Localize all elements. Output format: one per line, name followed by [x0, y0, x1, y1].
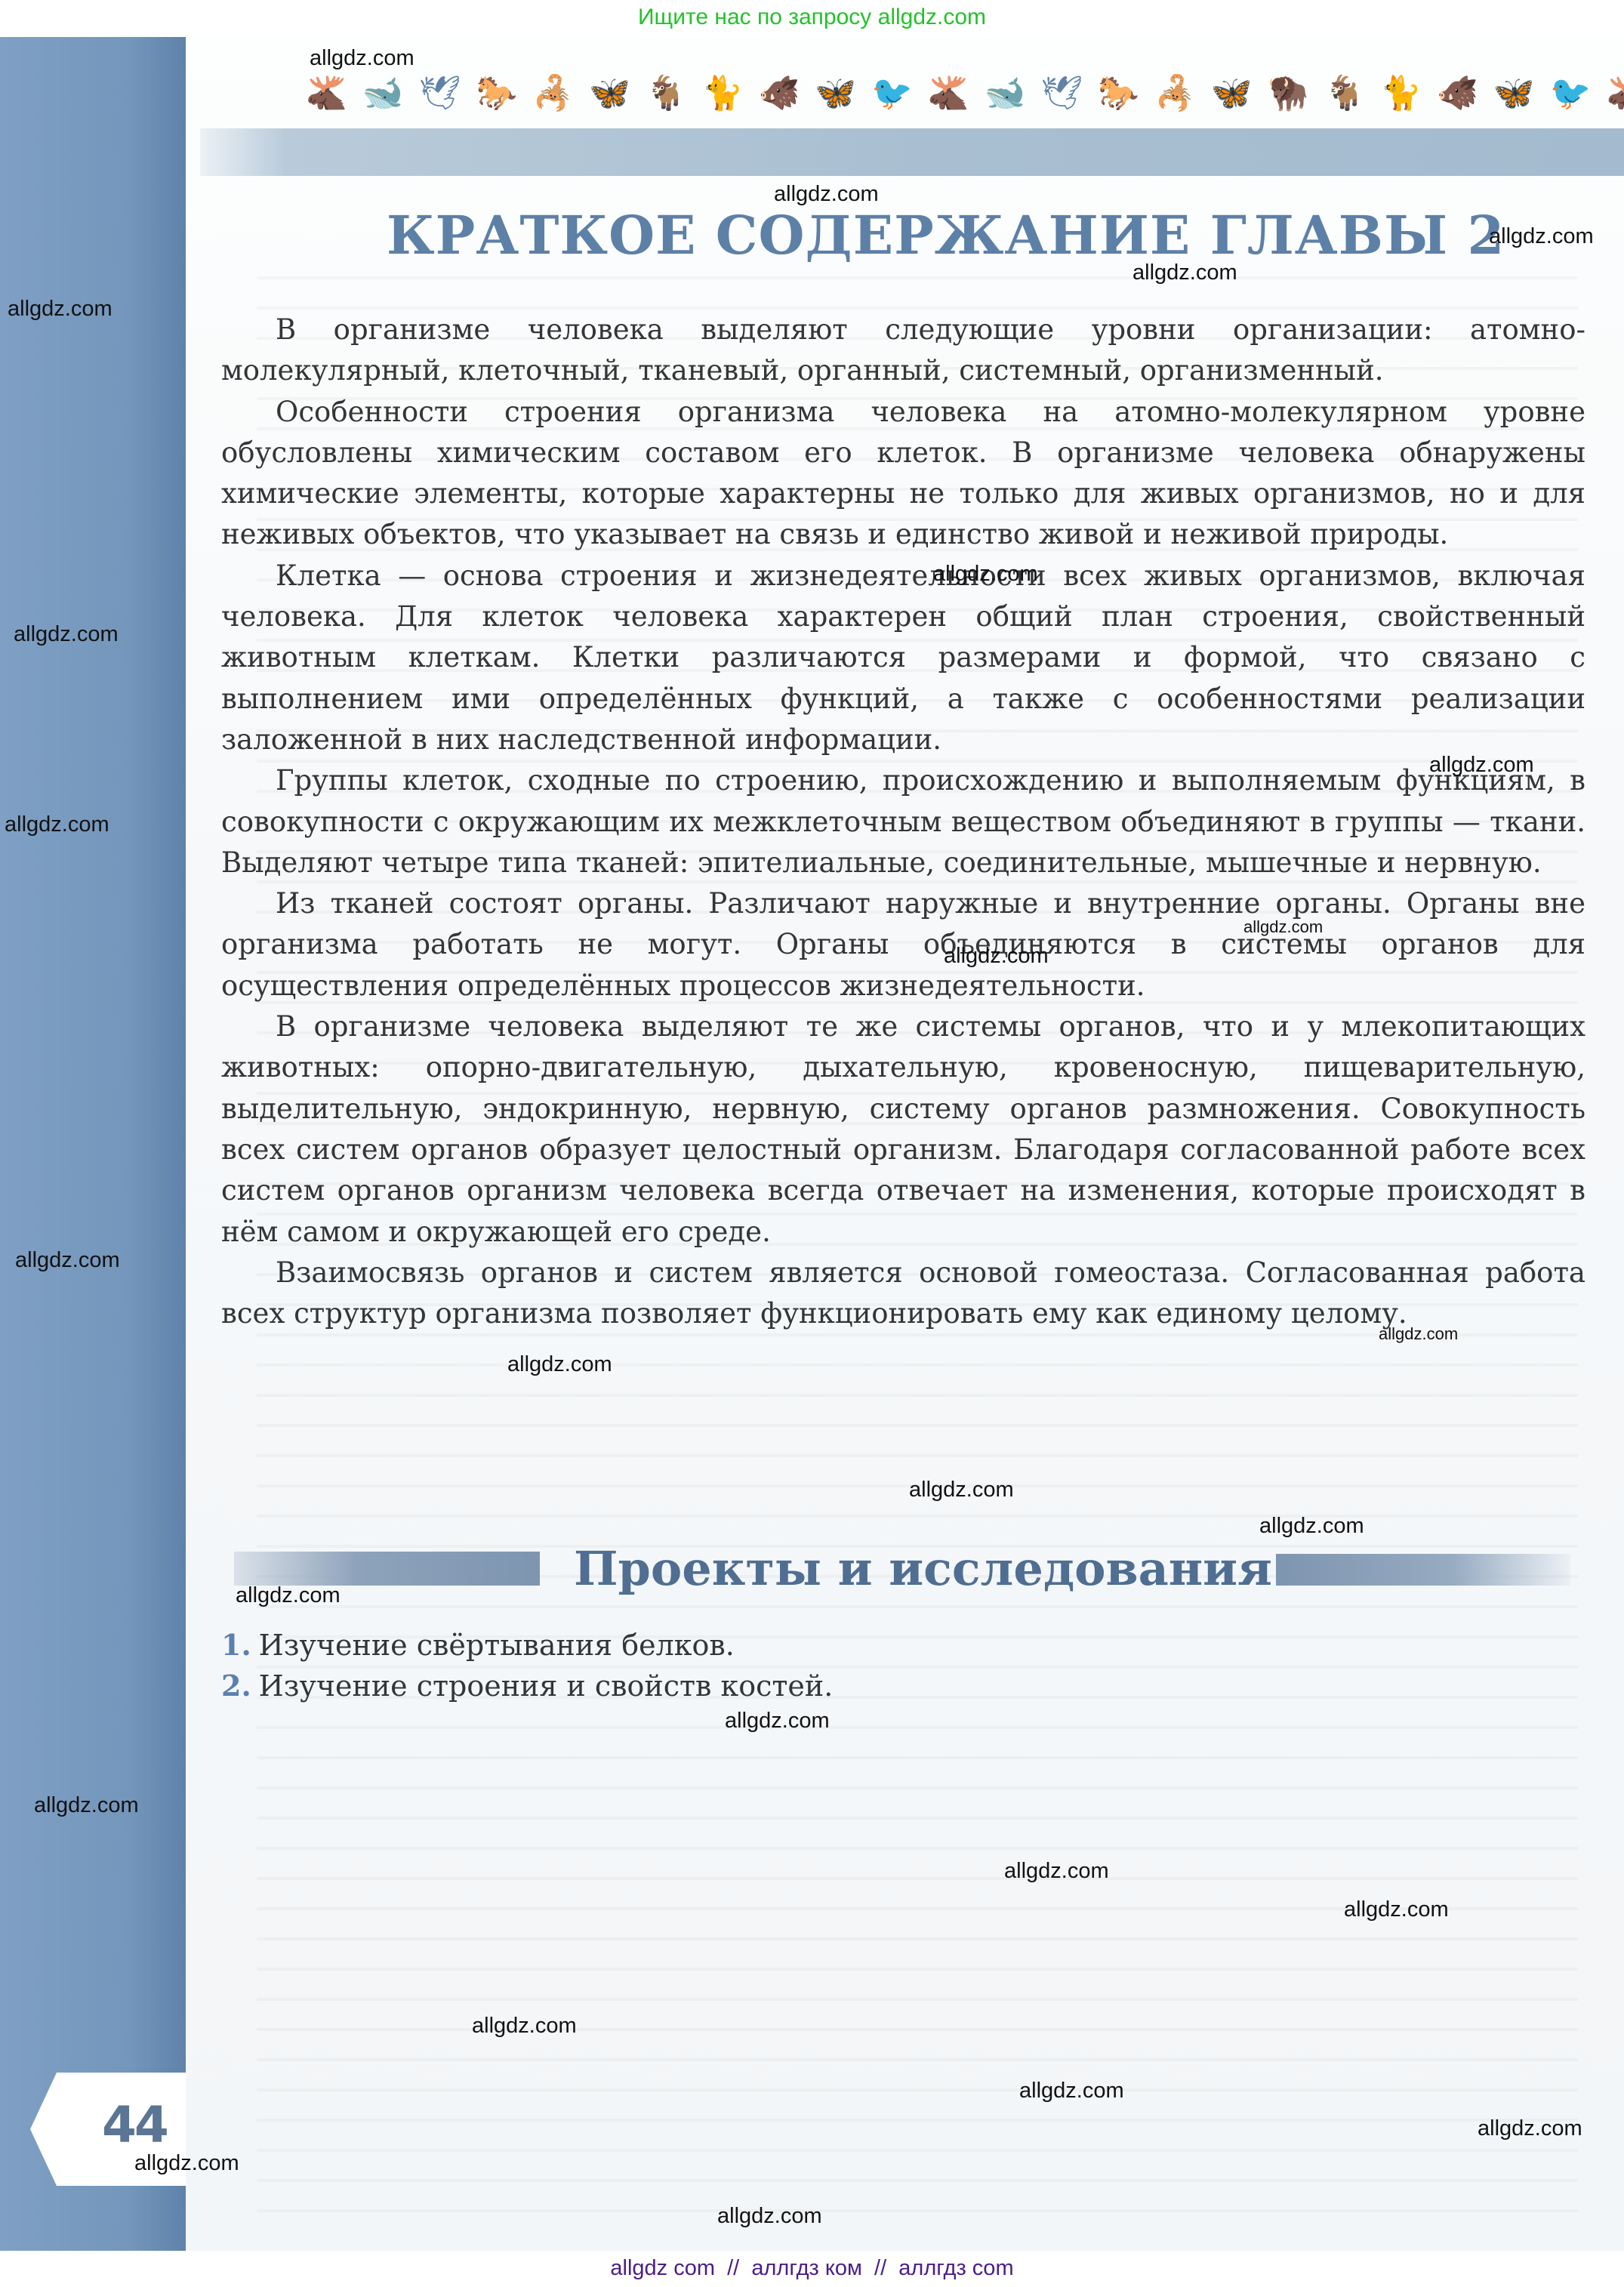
- watermark: allgdz.com: [909, 1477, 1014, 1503]
- item-text: Изучение строения и свойств костей.: [259, 1669, 834, 1703]
- scorpion-icon: 🦂: [1154, 74, 1196, 113]
- watermark: allgdz.com: [5, 812, 109, 837]
- page-number: 44: [102, 2095, 167, 2156]
- whale-icon: 🐋: [362, 74, 404, 113]
- list-item: 2.Изучение строения и свойств костей.: [221, 1666, 1429, 1706]
- watermark: allgdz.com: [8, 296, 112, 322]
- paragraph: Клетка — основа строения и жизнедеятельн…: [221, 556, 1585, 760]
- boar-icon: 🐗: [1437, 74, 1478, 113]
- paragraph: Группы клеток, сходные по строению, прои…: [221, 760, 1585, 883]
- footer-links[interactable]: allgdz com // аллгдз ком // аллгдз com: [0, 2252, 1624, 2285]
- page-title: КРАТКОЕ СОДЕРЖАНИЕ ГЛАВЫ 2: [387, 198, 1505, 273]
- watermark: allgdz.com: [1019, 2078, 1124, 2104]
- watermark: allgdz.com: [774, 181, 879, 207]
- moth-icon: 🦋: [1493, 74, 1535, 113]
- list-item: 1.Изучение свёртывания белков.: [221, 1625, 1429, 1666]
- watermark: allgdz.com: [1429, 752, 1534, 778]
- watermark: allgdz.com: [507, 1352, 612, 1377]
- antelope-icon: 🐐: [1324, 74, 1365, 113]
- watermark: allgdz.com: [472, 2013, 577, 2039]
- sidebar-stripe: [0, 37, 186, 2251]
- watermark: allgdz.com: [933, 561, 1038, 587]
- projects-list: 1.Изучение свёртывания белков. 2.Изучени…: [221, 1625, 1429, 1706]
- moose-icon: 🫎: [928, 74, 969, 113]
- scorpion-icon: 🦂: [532, 74, 574, 113]
- projects-section-header: Проекты и исследования: [234, 1540, 1570, 1601]
- watermark: allgdz.com: [1004, 1858, 1109, 1884]
- whale-icon: 🐋: [985, 74, 1026, 113]
- watermark: allgdz.com: [15, 1247, 120, 1273]
- watermark: allgdz.com: [1379, 1321, 1458, 1347]
- watermark: allgdz.com: [1489, 223, 1594, 249]
- bison-icon: 🦬: [1268, 74, 1309, 113]
- watermark: allgdz.com: [236, 1583, 341, 1608]
- watermark: allgdz.com: [1243, 914, 1323, 940]
- heading-bar-left: [234, 1552, 540, 1586]
- animal-silhouette-row: 🫎 🐋 🕊 🐎 🦂 🦋 🐐 🐈 🐗 🦋 🐦 🫎 🐋 🕊 🐎 🦂 🦋 🦬 🐐 🐈 …: [306, 74, 1624, 113]
- watermark: allgdz.com: [1344, 1897, 1449, 1922]
- heading-bar-right: [1276, 1554, 1570, 1586]
- horse-icon: 🐎: [476, 74, 517, 113]
- small-bird-icon: 🐦: [871, 74, 913, 113]
- watermark: allgdz.com: [134, 2150, 239, 2176]
- butterfly-icon: 🦋: [589, 74, 630, 113]
- watermark: allgdz.com: [1132, 260, 1237, 285]
- bird-icon: 🕊: [419, 74, 461, 113]
- bird-icon: 🕊: [1040, 74, 1083, 113]
- item-number: 1.: [221, 1628, 251, 1662]
- horse-icon: 🐎: [1098, 74, 1139, 113]
- projects-heading: Проекты и исследования: [574, 1539, 1238, 1599]
- paragraph: Особенности строения организма человека …: [221, 392, 1585, 556]
- watermark: allgdz.com: [717, 2203, 822, 2229]
- antelope-icon: 🐐: [646, 74, 687, 113]
- boar-icon: 🐗: [758, 74, 800, 113]
- paragraph: В организме человека выделяют те же сист…: [221, 1006, 1585, 1253]
- cat-icon: 🐈: [1380, 74, 1422, 113]
- watermark: allgdz.com: [310, 45, 414, 71]
- moose-icon: 🫎: [306, 74, 347, 113]
- paragraph: Из тканей состоят органы. Различают нару…: [221, 883, 1585, 1006]
- item-number: 2.: [221, 1669, 251, 1703]
- watermark: allgdz.com: [34, 1792, 139, 1818]
- watermark: allgdz.com: [1478, 2116, 1582, 2141]
- butterfly-icon: 🦋: [1211, 74, 1253, 113]
- item-text: Изучение свёртывания белков.: [259, 1629, 735, 1662]
- watermark: allgdz.com: [725, 1708, 830, 1734]
- header-band: [200, 128, 1624, 176]
- top-banner: Ищите нас по запросу allgdz.com: [0, 0, 1624, 35]
- watermark: allgdz.com: [1259, 1513, 1364, 1539]
- cat-icon: 🐈: [702, 74, 744, 113]
- watermark: allgdz.com: [14, 621, 119, 647]
- watermark: allgdz.com: [944, 943, 1049, 969]
- moose-icon: 🫎: [1606, 74, 1624, 113]
- small-bird-icon: 🐦: [1550, 74, 1592, 113]
- paragraph: В организме человека выделяют следующие …: [221, 310, 1585, 392]
- moth-icon: 🦋: [815, 74, 856, 113]
- summary-body: В организме человека выделяют следующие …: [221, 310, 1585, 1334]
